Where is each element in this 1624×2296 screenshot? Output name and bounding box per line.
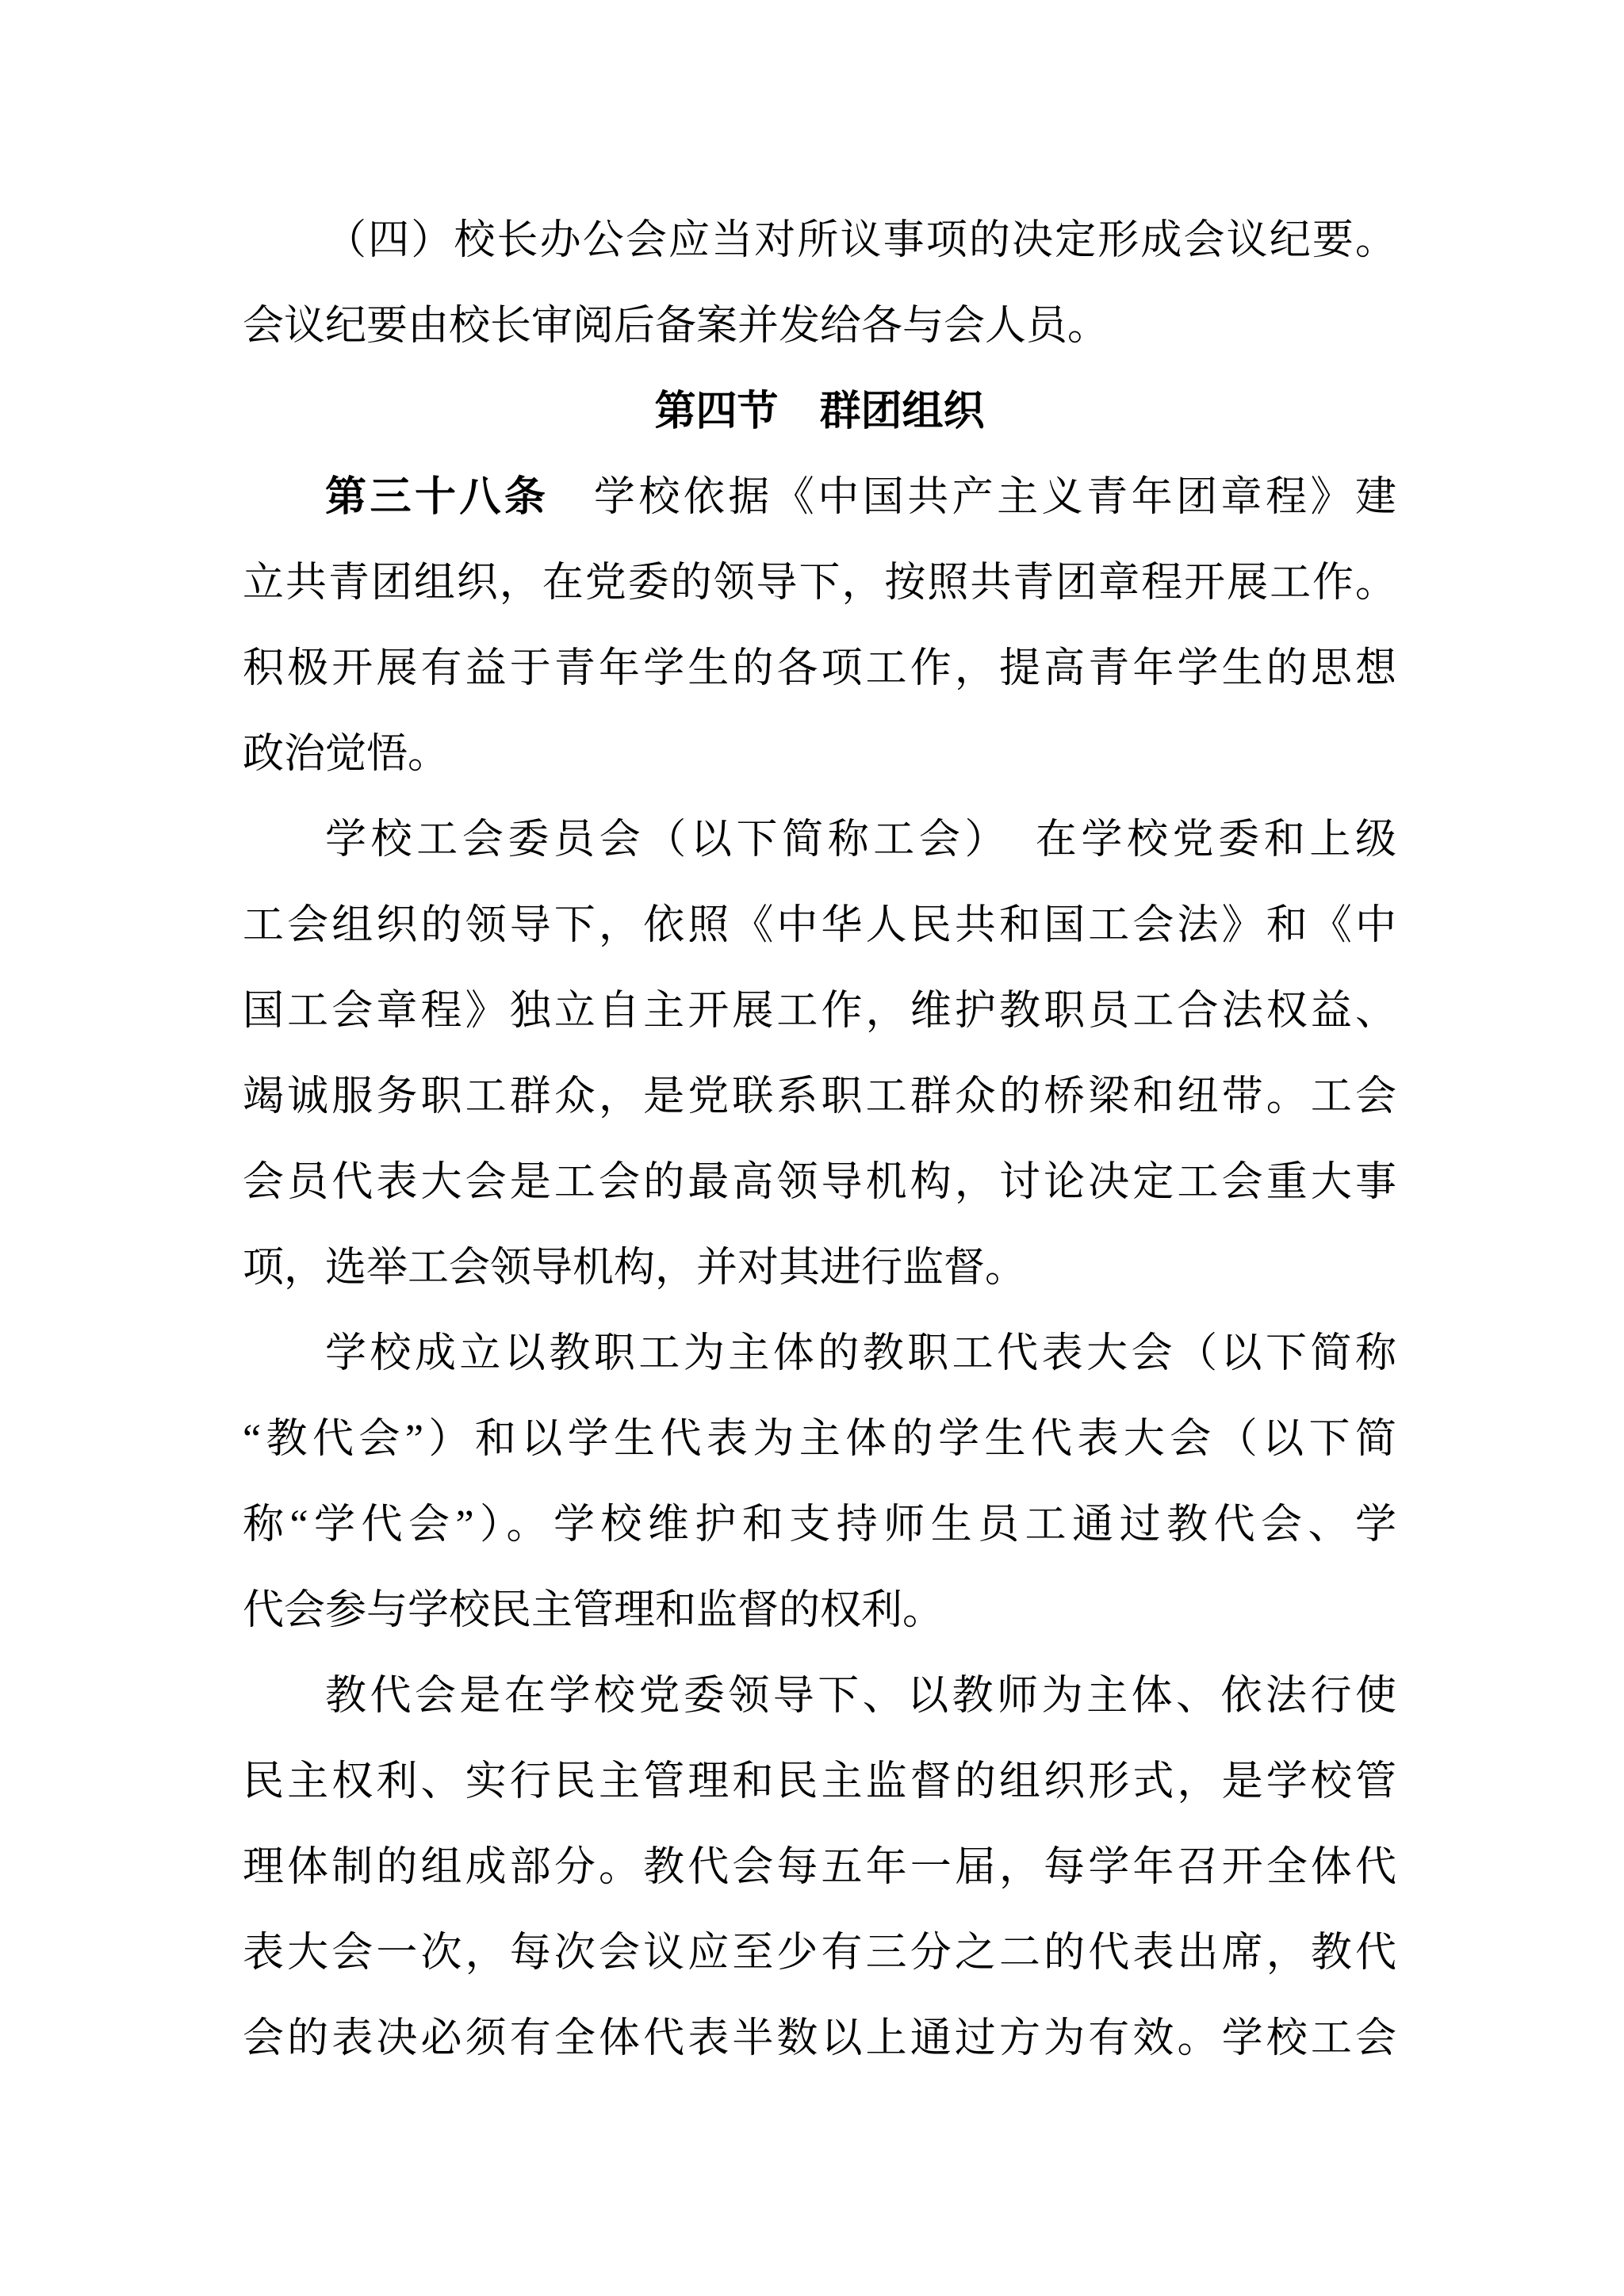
doc-line-9: 工会组织的领导下，依照《中华人民共和国工会法》和《中 [243, 883, 1396, 969]
doc-line-15: “教代会”）和以学生代表为主体的学生代表大会（以下简 [243, 1397, 1396, 1483]
doc-line-4: 第三十八条 学校依据《中国共产主义青年团章程》建 [243, 455, 1396, 541]
article-number: 第三十八条 [325, 475, 549, 520]
doc-line-17: 代会参与学校民主管理和监督的权利。 [243, 1568, 1396, 1654]
doc-line-8: 学校工会委员会（以下简称工会） 在学校党委和上级 [243, 798, 1396, 883]
doc-line-5: 立共青团组织，在党委的领导下，按照共青团章程开展工作。 [243, 541, 1396, 626]
doc-line-22: 会的表决必须有全体代表半数以上通过方为有效。学校工会 [243, 1996, 1396, 2082]
section-heading: 第四节 群团组织 [243, 369, 1396, 455]
doc-line-18: 教代会是在学校党委领导下、以教师为主体、依法行使 [243, 1654, 1396, 1739]
doc-line-12: 会员代表大会是工会的最高领导机构，讨论决定工会重大事 [243, 1140, 1396, 1226]
doc-line-2: 会议纪要由校长审阅后备案并发给各与会人员。 [243, 284, 1396, 369]
doc-line-14: 学校成立以教职工为主体的教职工代表大会（以下简称 [243, 1311, 1396, 1397]
doc-line-21: 表大会一次，每次会议应至少有三分之二的代表出席，教代 [243, 1911, 1396, 1996]
doc-line-13: 项，选举工会领导机构，并对其进行监督。 [243, 1226, 1396, 1311]
document-page: （四）校长办公会应当对所议事项的决定形成会议纪要。 会议纪要由校长审阅后备案并发… [0, 0, 1624, 2296]
doc-line-20: 理体制的组成部分。教代会每五年一届，每学年召开全体代 [243, 1825, 1396, 1911]
doc-line-6: 积极开展有益于青年学生的各项工作，提高青年学生的思想 [243, 626, 1396, 712]
doc-line-10: 国工会章程》独立自主开展工作，维护教职员工合法权益、 [243, 969, 1396, 1054]
doc-line-19: 民主权利、实行民主管理和民主监督的组织形式，是学校管 [243, 1739, 1396, 1825]
article-line-text: 学校依据《中国共产主义青年团章程》建 [549, 475, 1396, 520]
doc-line-7: 政治觉悟。 [243, 712, 1396, 798]
doc-line-11: 竭诚服务职工群众，是党联系职工群众的桥梁和纽带。工会 [243, 1054, 1396, 1140]
doc-line-16: 称“学代会”）。学校维护和支持师生员工通过教代会、学 [243, 1483, 1396, 1568]
doc-line-1: （四）校长办公会应当对所议事项的决定形成会议纪要。 [243, 198, 1396, 284]
